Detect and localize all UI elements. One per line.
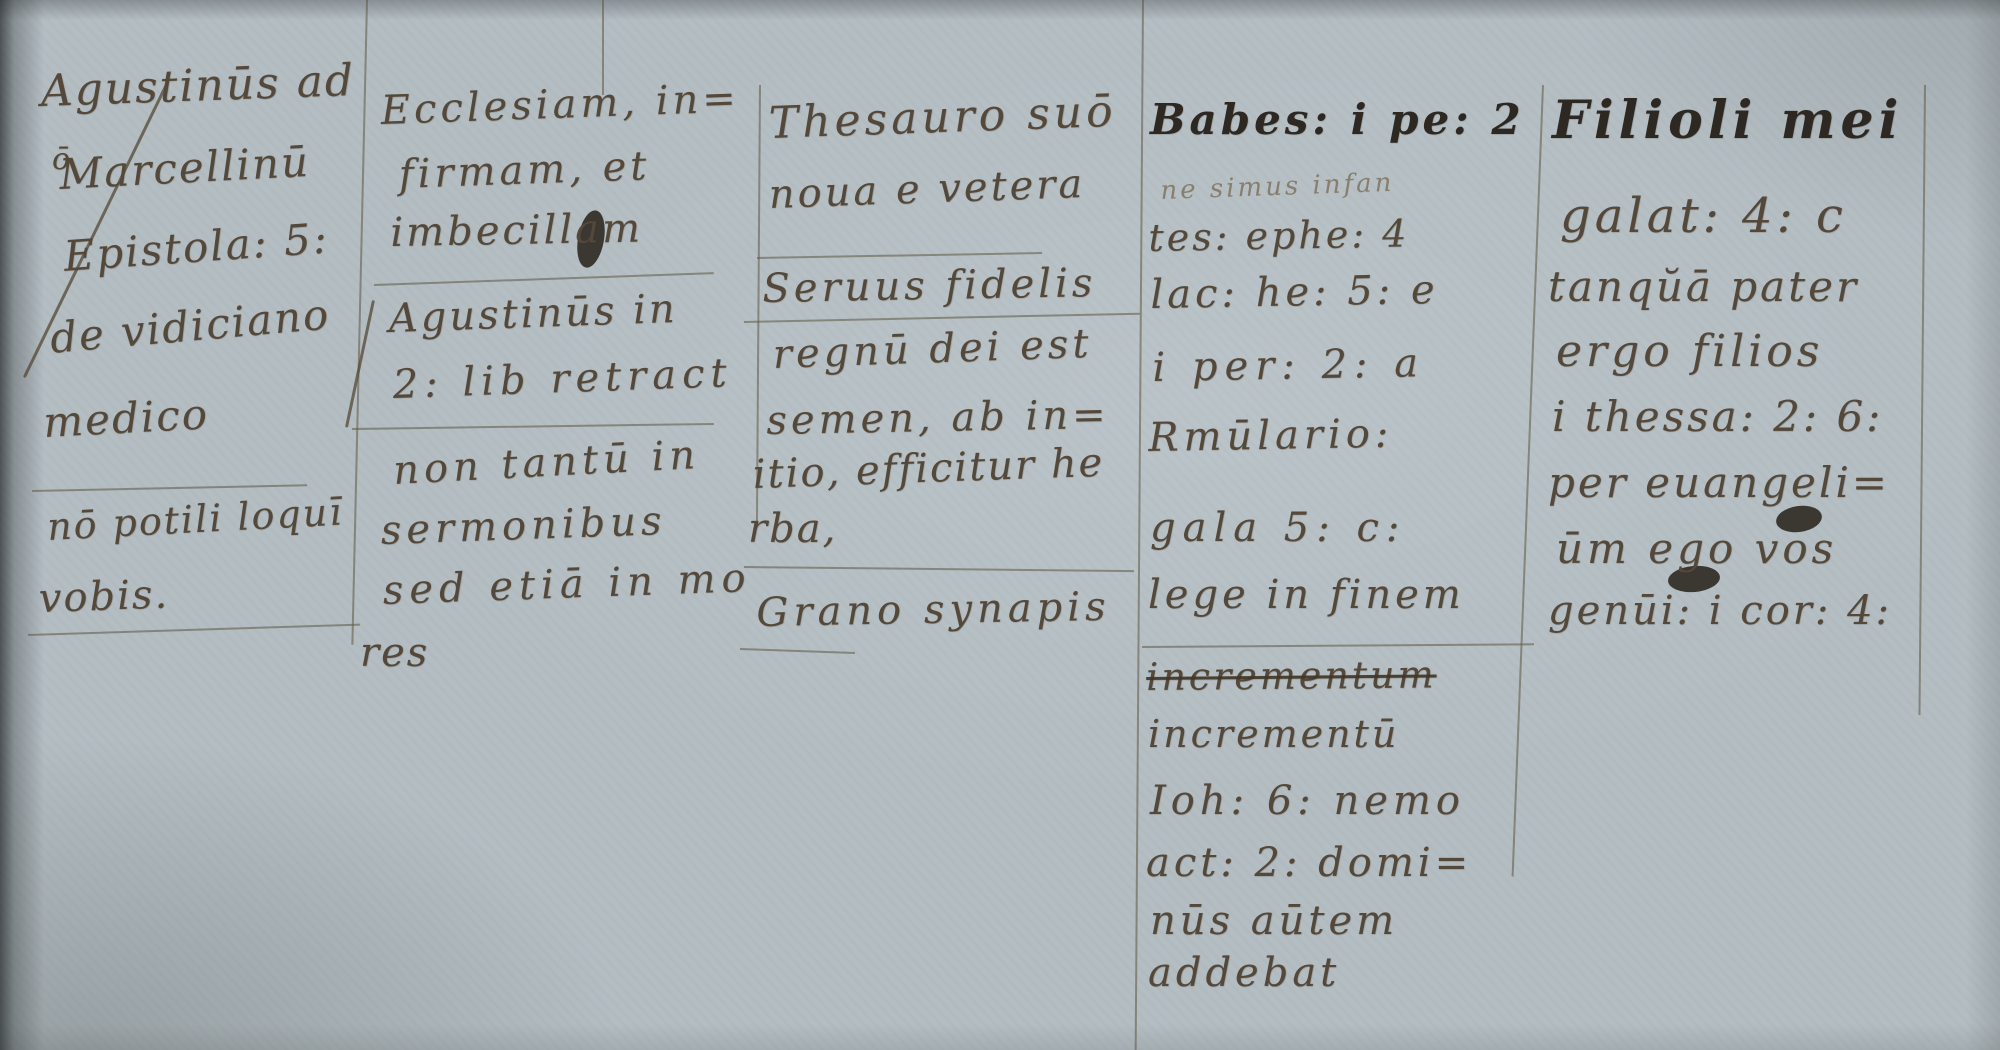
manuscript-line: de vidiciano (48, 290, 332, 363)
manuscript-line: i thessa: 2: 6: (1552, 392, 1883, 441)
manuscript-line: itio, efficitur he (752, 440, 1105, 498)
manuscript-line: noua e vetera (768, 161, 1086, 218)
manuscript-line: medico (42, 389, 210, 447)
manuscript-line: gala 5: c: (1150, 505, 1406, 551)
manuscript-line: 2: lib retract (392, 350, 733, 408)
manuscript-line: tes: ephe: 4 (1148, 211, 1410, 260)
manuscript-line: Thesauro suō (768, 86, 1117, 149)
manuscript-line: i per: 2: a (1152, 340, 1425, 391)
manuscript-line: incrementū (1148, 712, 1399, 756)
manuscript-line: Rmūlario: (1148, 411, 1394, 461)
manuscript-line: imbecillam (390, 206, 643, 256)
manuscript-line: Marcellinū (58, 137, 311, 199)
row-rule (740, 648, 855, 654)
manuscript-line: per euangeli= (1548, 458, 1890, 507)
manuscript-line-struck: incrementum (1146, 652, 1437, 699)
manuscript-line: ergo filios (1556, 326, 1823, 377)
manuscript-line: non tantū in (392, 432, 701, 494)
manuscript-line: genūi: i cor: 4: (1548, 588, 1892, 634)
manuscript-line: Filioli mei (1552, 90, 1903, 151)
row-rule (757, 252, 1042, 259)
manuscript-photo: Agustinūs ad ō Marcellinū Epistola: 5: d… (0, 0, 2000, 1050)
manuscript-line: nūs aūtem (1150, 898, 1398, 944)
manuscript-line: lege in finem (1148, 572, 1465, 618)
manuscript-line: sed etiā in mo (382, 555, 752, 614)
column-divider (1135, 0, 1144, 1050)
manuscript-line: act: 2: domi= (1146, 840, 1472, 886)
manuscript-line: ūm ego vos (1556, 524, 1837, 573)
manuscript-line: tanqŭā pater (1548, 262, 1859, 311)
row-rule (32, 484, 307, 492)
manuscript-line: Ioh: 6: nemo (1150, 778, 1465, 824)
manuscript-line: galat: 4: c (1560, 188, 1847, 244)
manuscript-line-interlinear: ne simus infan (1160, 168, 1395, 206)
manuscript-line: Babes: i pe: 2 (1150, 95, 1525, 144)
manuscript-line: Agustinūs ad (40, 55, 356, 117)
column-divider (1919, 85, 1926, 715)
row-rule (744, 566, 1134, 572)
manuscript-line: Seruus fidelis (762, 260, 1097, 312)
manuscript-line: vobis. (38, 571, 170, 622)
row-rule (1142, 643, 1534, 648)
row-rule (374, 272, 714, 286)
manuscript-line: Epistola: 5: (62, 213, 330, 280)
manuscript-line: semen, ab in= (766, 392, 1110, 444)
manuscript-line: rba, (748, 506, 837, 552)
manuscript-line: Ecclesiam, in= (380, 75, 740, 134)
manuscript-line: regnū dei est (772, 321, 1093, 378)
manuscript-line: Grano synapis (756, 584, 1111, 636)
manuscript-line: nō potili loquī (46, 489, 344, 548)
manuscript-line: res (360, 630, 429, 676)
manuscript-line: addebat (1148, 950, 1340, 996)
manuscript-line: Agustinūs in (388, 286, 678, 342)
column-divider (1512, 85, 1544, 876)
manuscript-line: firmam, et (398, 143, 651, 198)
manuscript-line: lac: he: 5: e (1150, 267, 1439, 318)
row-rule (28, 624, 360, 636)
row-rule (352, 423, 714, 430)
manuscript-line: sermonibus (380, 498, 667, 554)
